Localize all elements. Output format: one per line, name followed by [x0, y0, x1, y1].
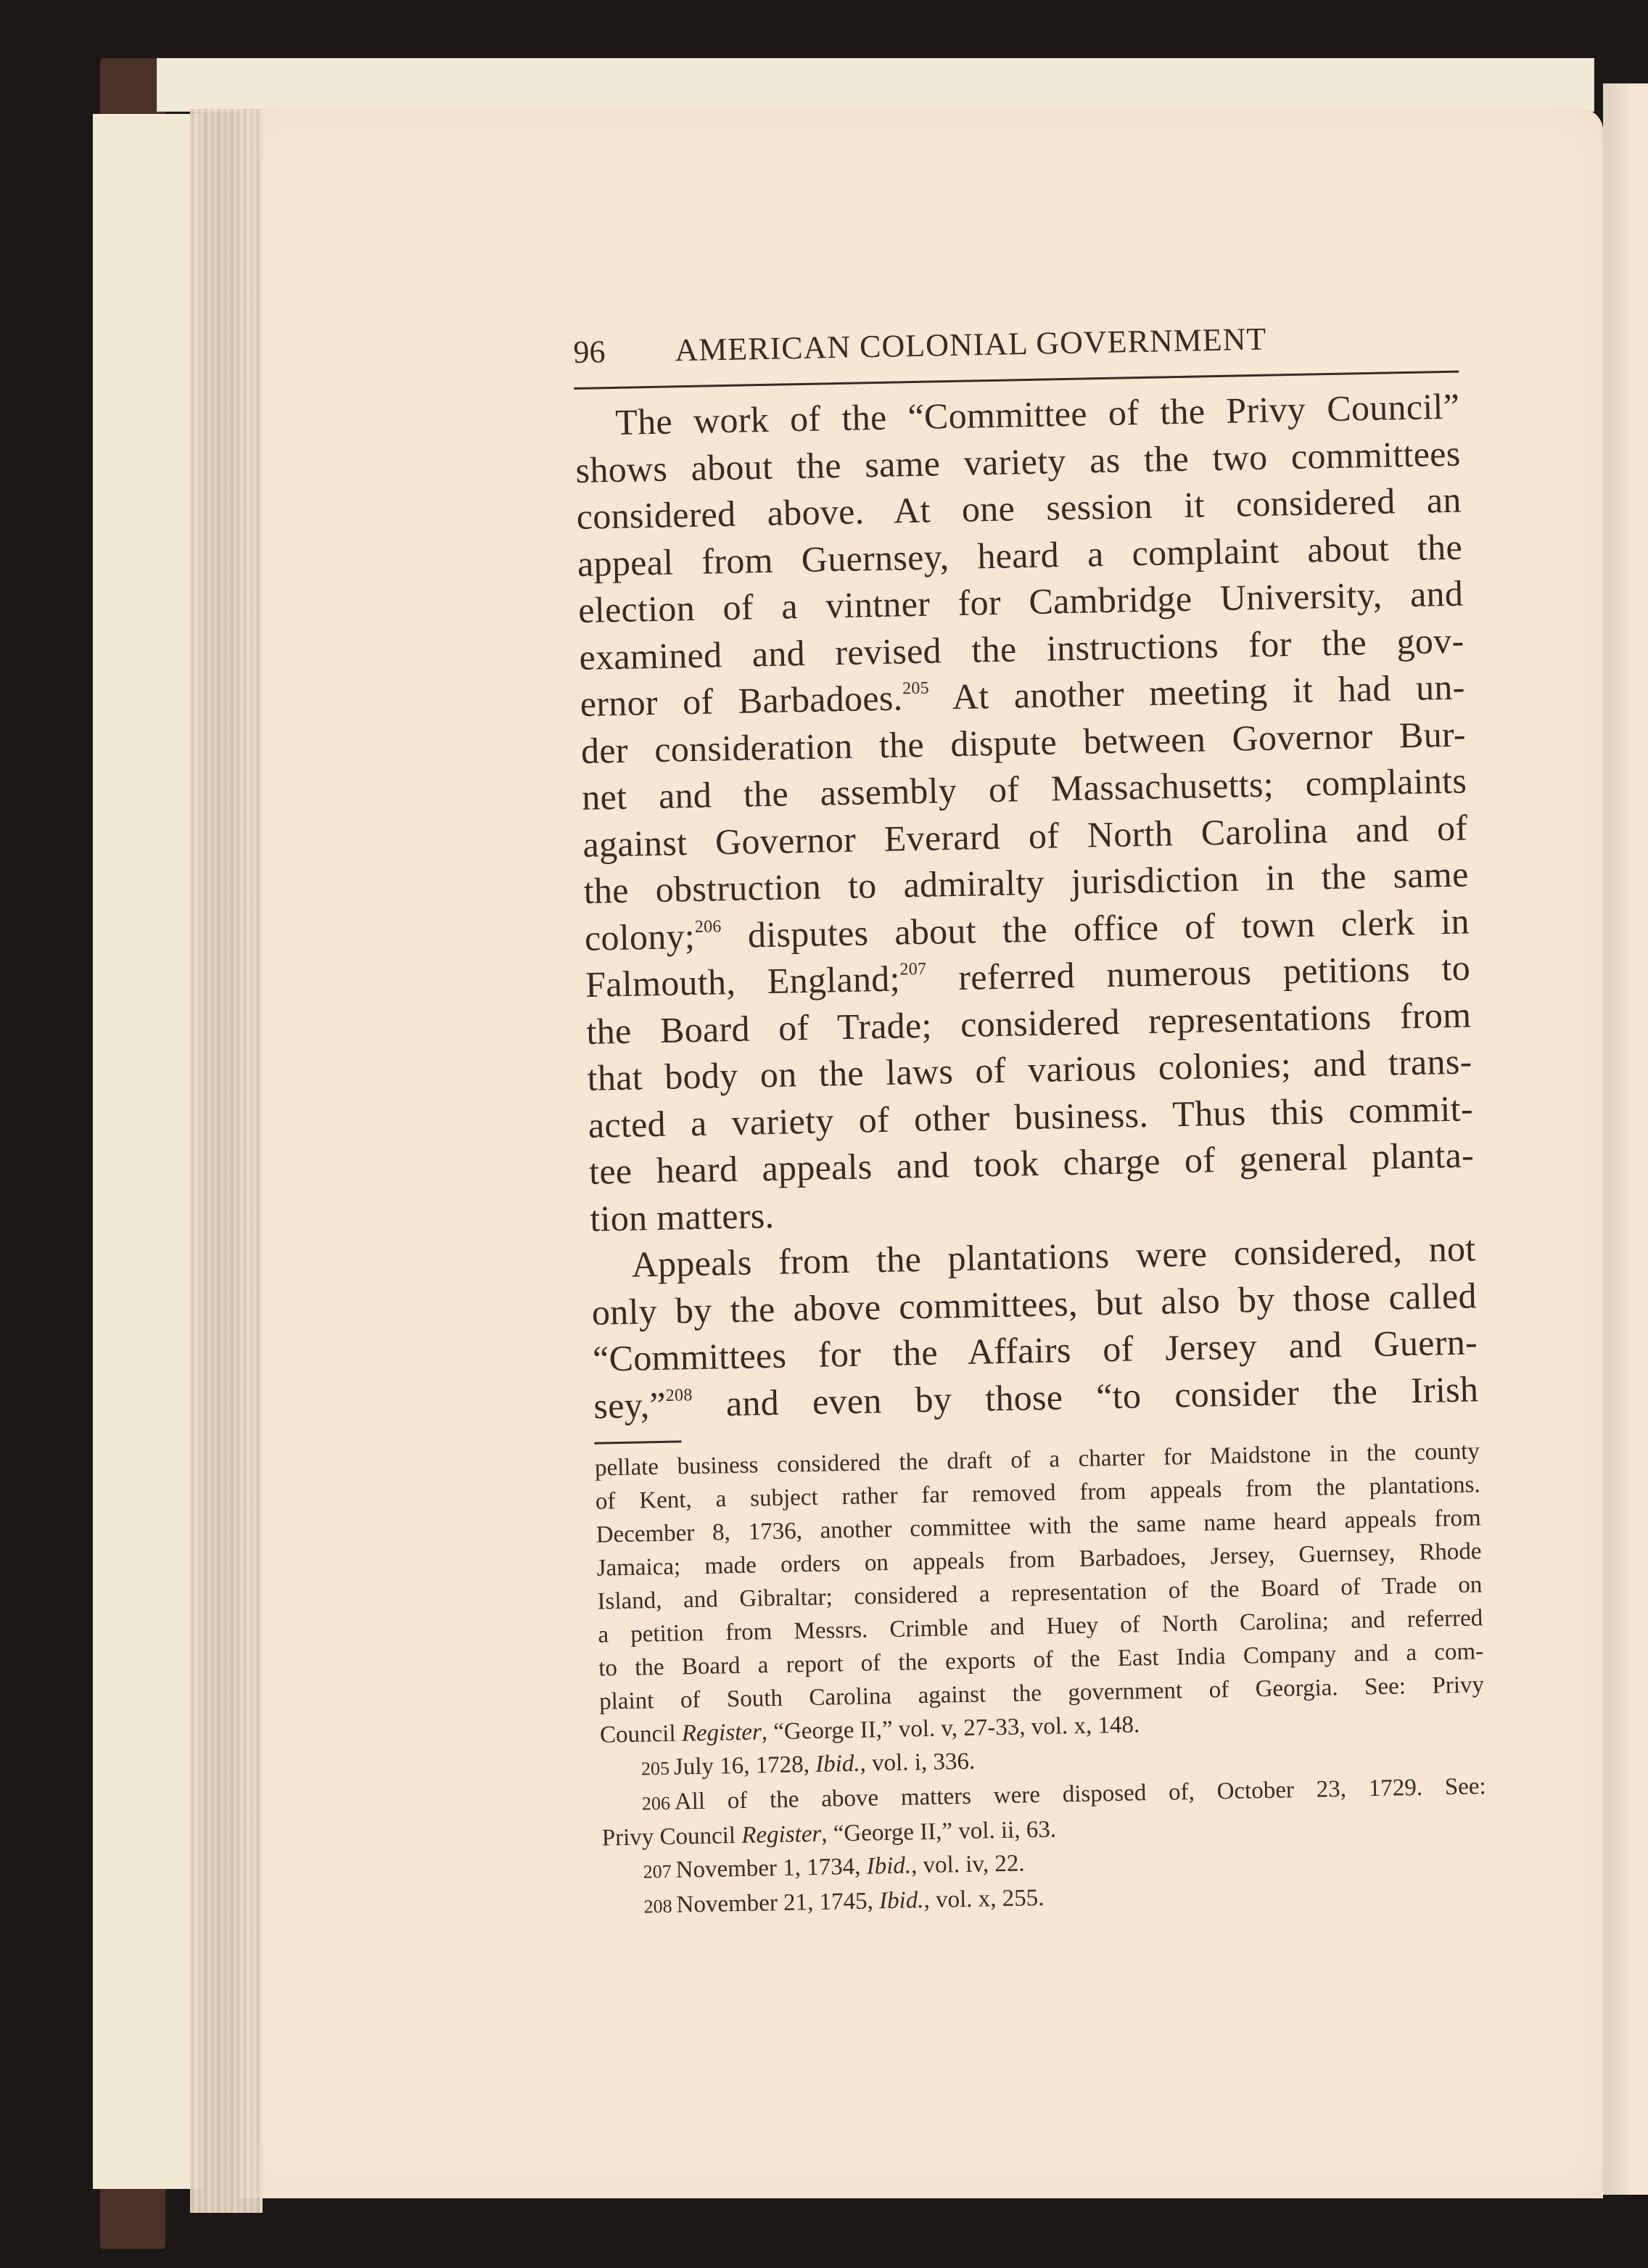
text-segment: , vol. x, 255. — [923, 1885, 1045, 1913]
next-page-edge — [1603, 83, 1648, 2195]
text-segment: , “George II,” vol. ii, 63. — [821, 1817, 1056, 1847]
text-segment: ernor of Barbadoes. — [580, 677, 903, 724]
text-segment: November 1, 1734, — [675, 1854, 867, 1883]
text-segment: July 16, 1728, — [674, 1751, 816, 1780]
text-segment: colony; — [584, 915, 695, 958]
italic-title: Ibid. — [866, 1852, 911, 1879]
italic-title: Ibid. — [815, 1751, 860, 1778]
footnote-number: 208 — [643, 1896, 672, 1918]
page-content: 96 AMERICAN COLONIAL GOVERNMENT The work… — [573, 317, 1488, 1925]
flyleaf — [93, 114, 202, 2189]
footnote-ref-207[interactable]: 207 — [899, 960, 926, 979]
text-segment: Privy Council — [601, 1823, 741, 1852]
footnote-number: 207 — [643, 1861, 672, 1883]
endpaper-top-edge — [157, 58, 1594, 112]
footnote-divider — [594, 1440, 681, 1444]
text-segment: November 21, 1745, — [676, 1888, 879, 1918]
footnote-ref-208[interactable]: 208 — [665, 1386, 692, 1405]
footnote-ref-206[interactable]: 206 — [695, 917, 722, 937]
footnote-number: 205 — [641, 1758, 670, 1780]
footnote-number: 206 — [642, 1793, 671, 1815]
body-text: The work of the “Committee of the Privy … — [574, 383, 1479, 1429]
text-segment: , “George II,” vol. v, 27-33, vol. x, 14… — [761, 1712, 1140, 1745]
italic-title: Register — [741, 1821, 822, 1849]
deckled-page-edges — [190, 109, 263, 2213]
text-segment: Falmouth, England; — [585, 958, 901, 1005]
text-segment: , vol. i, 336. — [860, 1749, 975, 1777]
paragraph-2: Appeals from the plantations were consid… — [590, 1225, 1479, 1429]
italic-title: Register — [681, 1719, 762, 1746]
footnote-ref-205[interactable]: 205 — [902, 679, 929, 699]
page-number: 96 — [573, 332, 675, 371]
text-segment: referred numerous petitions to — [926, 947, 1470, 998]
footnotes: pellate business considered the draft of… — [595, 1434, 1488, 1924]
text-segment: At another meeting it had un- — [929, 666, 1465, 717]
italic-title: Ibid. — [879, 1887, 924, 1914]
paragraph-1: The work of the “Committee of the Privy … — [574, 383, 1475, 1242]
text-segment: sey,” — [593, 1384, 667, 1426]
text-segment: Council — [600, 1720, 682, 1748]
text-segment: , vol. iv, 22. — [911, 1850, 1025, 1878]
